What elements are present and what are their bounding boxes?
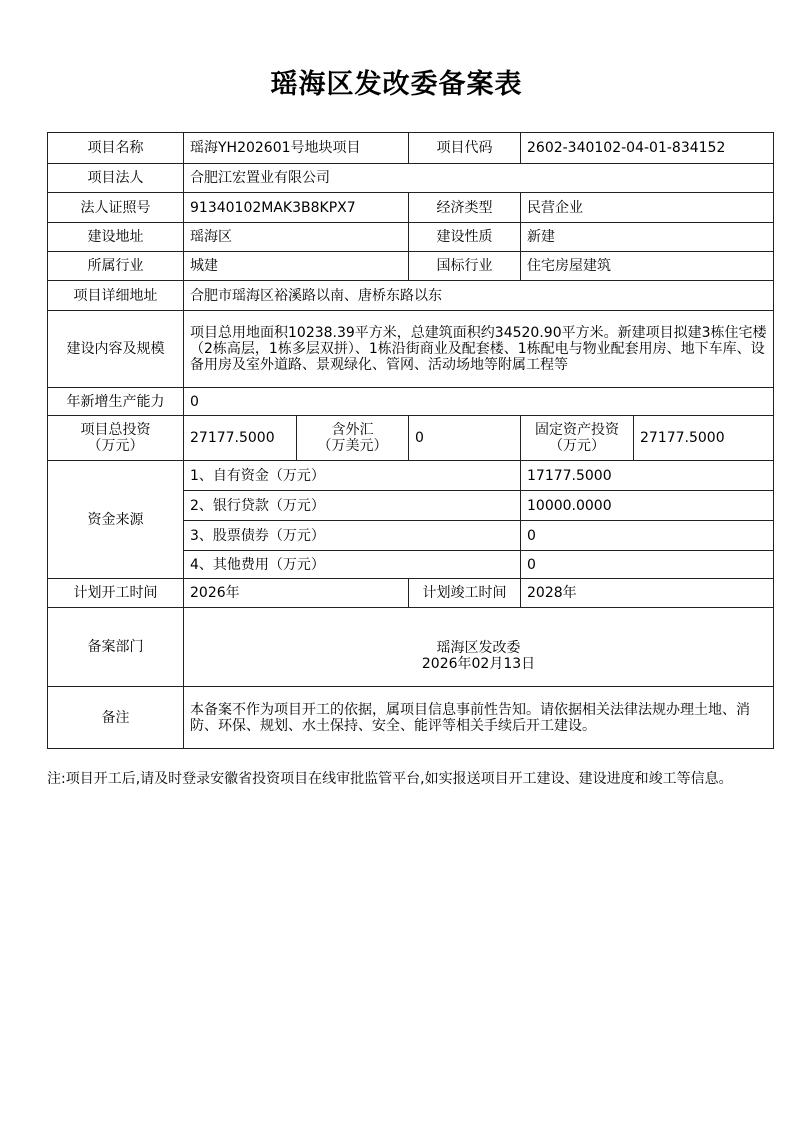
funding-item-label: 2、银行贷款（万元）: [184, 491, 521, 521]
page-title: 瑶海区发改委备案表: [0, 62, 793, 101]
remarks-value: 本备案不作为项目开工的依据，属项目信息事前性告知。请依据相关法律法规办理土地、消…: [184, 687, 774, 749]
foreign-exchange-label-line1: 含外汇: [303, 422, 402, 438]
total-investment-value: 27177.5000: [184, 416, 297, 461]
end-time-value: 2028年: [521, 579, 774, 608]
funding-item-label: 1、自有资金（万元）: [184, 461, 521, 491]
table-row: 年新增生产能力 0: [48, 388, 774, 416]
project-name-label: 项目名称: [48, 133, 184, 164]
filing-dept-value: 瑶海区发改委 2026年02月13日: [184, 608, 774, 687]
foreign-exchange-value: 0: [409, 416, 521, 461]
total-investment-label: 项目总投资 （万元）: [48, 416, 184, 461]
start-time-label: 计划开工时间: [48, 579, 184, 608]
table-row: 项目法人 合肥江宏置业有限公司: [48, 164, 774, 193]
end-time-label: 计划竣工时间: [409, 579, 521, 608]
fixed-assets-label-line1: 固定资产投资: [527, 422, 627, 438]
filing-date: 2026年02月13日: [190, 656, 767, 672]
build-location-label: 建设地址: [48, 223, 184, 252]
filing-dept-label: 备案部门: [48, 608, 184, 687]
annual-capacity-label: 年新增生产能力: [48, 388, 184, 416]
funding-item-value: 0: [521, 521, 774, 551]
table-row: 项目详细地址 合肥市瑶海区裕溪路以南、唐桥东路以东: [48, 281, 774, 311]
economy-type-value: 民营企业: [521, 193, 774, 223]
license-no-label: 法人证照号: [48, 193, 184, 223]
funding-item-value: 0: [521, 551, 774, 579]
table-row: 建设地址 瑶海区 建设性质 新建: [48, 223, 774, 252]
table-row: 建设内容及规模 项目总用地面积10238.39平方米，总建筑面积约34520.9…: [48, 311, 774, 388]
detail-address-label: 项目详细地址: [48, 281, 184, 311]
fixed-assets-label-line2: （万元）: [527, 438, 627, 454]
build-location-value: 瑶海区: [184, 223, 409, 252]
content-scale-label: 建设内容及规模: [48, 311, 184, 388]
remarks-label: 备注: [48, 687, 184, 749]
foreign-exchange-label: 含外汇 （万美元）: [297, 416, 409, 461]
table-row: 资金来源 1、自有资金（万元） 17177.5000: [48, 461, 774, 491]
start-time-value: 2026年: [184, 579, 409, 608]
industry-label: 所属行业: [48, 252, 184, 281]
legal-person-value: 合肥江宏置业有限公司: [184, 164, 774, 193]
industry-value: 城建: [184, 252, 409, 281]
total-investment-label-line2: （万元）: [54, 438, 177, 454]
annual-capacity-value: 0: [184, 388, 774, 416]
table-row: 项目名称 瑶海YH202601号地块项目 项目代码 2602-340102-04…: [48, 133, 774, 164]
economy-type-label: 经济类型: [409, 193, 521, 223]
funding-item-value: 10000.0000: [521, 491, 774, 521]
project-code-value: 2602-340102-04-01-834152: [521, 133, 774, 164]
fixed-assets-value: 27177.5000: [634, 416, 774, 461]
footnote: 注:项目开工后,请及时登录安徽省投资项目在线审批监管平台,如实报送项目开工建设、…: [47, 766, 747, 793]
national-industry-value: 住宅房屋建筑: [521, 252, 774, 281]
funding-item-value: 17177.5000: [521, 461, 774, 491]
project-name-value: 瑶海YH202601号地块项目: [184, 133, 409, 164]
filing-dept-name: 瑶海区发改委: [190, 622, 767, 656]
build-nature-value: 新建: [521, 223, 774, 252]
funding-item-label: 3、股票债券（万元）: [184, 521, 521, 551]
content-scale-value: 项目总用地面积10238.39平方米，总建筑面积约34520.90平方米。新建项…: [184, 311, 774, 388]
total-investment-label-line1: 项目总投资: [54, 422, 177, 438]
foreign-exchange-label-line2: （万美元）: [303, 438, 402, 454]
legal-person-label: 项目法人: [48, 164, 184, 193]
funding-label: 资金来源: [48, 461, 184, 579]
funding-item-label: 4、其他费用（万元）: [184, 551, 521, 579]
fixed-assets-label: 固定资产投资 （万元）: [521, 416, 634, 461]
table-row: 法人证照号 91340102MAK3B8KPX7 经济类型 民营企业: [48, 193, 774, 223]
detail-address-value: 合肥市瑶海区裕溪路以南、唐桥东路以东: [184, 281, 774, 311]
national-industry-label: 国标行业: [409, 252, 521, 281]
table-row: 计划开工时间 2026年 计划竣工时间 2028年: [48, 579, 774, 608]
table-row: 所属行业 城建 国标行业 住宅房屋建筑: [48, 252, 774, 281]
table-row: 备案部门 瑶海区发改委 2026年02月13日: [48, 608, 774, 687]
table-row: 备注 本备案不作为项目开工的依据，属项目信息事前性告知。请依据相关法律法规办理土…: [48, 687, 774, 749]
project-code-label: 项目代码: [409, 133, 521, 164]
table-row: 项目总投资 （万元） 27177.5000 含外汇 （万美元） 0 固定资产投资…: [48, 416, 774, 461]
license-no-value: 91340102MAK3B8KPX7: [184, 193, 409, 223]
build-nature-label: 建设性质: [409, 223, 521, 252]
filing-form-table: 项目名称 瑶海YH202601号地块项目 项目代码 2602-340102-04…: [47, 132, 774, 749]
